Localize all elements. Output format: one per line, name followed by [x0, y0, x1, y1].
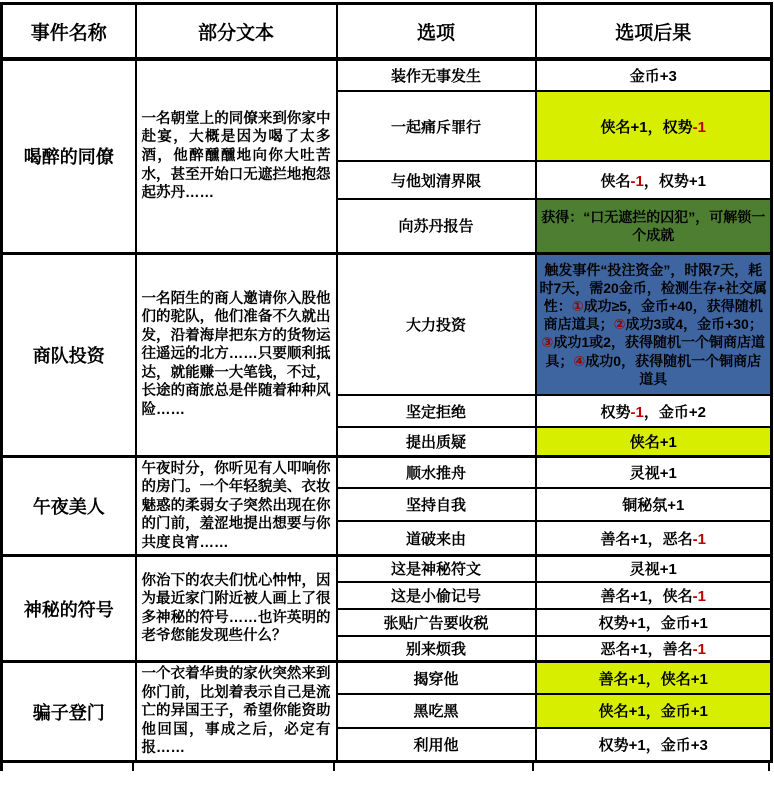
result-cell: 善名+1，侠名-1	[536, 582, 772, 609]
negative-value: ④	[573, 353, 585, 369]
result-segment: 侠名+1，权势	[601, 119, 693, 136]
negative-value: -1	[631, 404, 644, 421]
result-segment: ，权势+1	[644, 173, 706, 190]
result-cell: 善名+1，恶名-1	[536, 521, 772, 555]
option-cell: 张贴广告要收税	[337, 609, 536, 636]
option-cell: 黑吃黑	[337, 694, 536, 728]
result-segment: 权势+1，金币+1	[599, 615, 708, 632]
result-cell: 灵视+1	[536, 456, 772, 488]
result-cell: 触发事件“投注资金”，时限7天，耗时7天，需20金币，检测生存+社交属性：①成功…	[536, 253, 772, 395]
option-cell: 顺水推舟	[337, 456, 536, 488]
option-cell: 提出质疑	[337, 427, 536, 456]
result-cell: 侠名+1，权势-1	[536, 91, 772, 161]
result-segment: 善名+1，侠名	[601, 588, 693, 605]
event-text-cell: 午夜时分，你听见有人叩响你的房门。一个年轻貌美、衣妆魅惑的柔弱女子突然出现在你的…	[136, 456, 337, 556]
result-cell: 权势+1，金币+3	[536, 728, 772, 762]
table-row: 喝醉的同僚 一名朝堂上的同僚来到你家中赴宴，大概是因为喝了太多酒，他醉醺醺地向你…	[2, 59, 772, 91]
next-row-cell	[134, 763, 335, 771]
option-cell: 别来烦我	[337, 636, 536, 662]
result-segment: 侠名+1	[630, 434, 677, 451]
result-cell: 权势-1，金币+2	[536, 395, 772, 427]
event-name-cell: 午夜美人	[2, 456, 136, 556]
result-segment: 恶名+1，善名	[601, 641, 693, 658]
result-segment: 权势+1，金币+3	[599, 737, 708, 754]
next-row-strip	[0, 763, 770, 771]
result-cell: 金币+3	[536, 59, 772, 91]
header-partial-text: 部分文本	[136, 4, 337, 60]
event-name-cell: 喝醉的同僚	[2, 59, 136, 253]
option-cell: 一起痛斥罪行	[337, 91, 536, 161]
option-cell: 利用他	[337, 728, 536, 762]
next-row-cell	[534, 763, 770, 771]
table-row: 骗子登门 一个衣着华贵的家伙突然来到你门前，比划着表示自己是流亡的异国王子，希望…	[2, 662, 772, 694]
result-cell: 侠名-1，权势+1	[536, 161, 772, 199]
result-segment: 成功0，获得随机一个铜商店道具	[585, 353, 761, 387]
event-text-cell: 一名陌生的商人邀请你入股他们的驼队，他们准备不久就出发，沿着海岸把东方的货物运往…	[136, 253, 337, 456]
negative-value: ③	[542, 334, 554, 350]
result-cell: 侠名+1，金币+1	[536, 694, 772, 728]
events-table: 事件名称 部分文本 选项 选项后果 喝醉的同僚 一名朝堂上的同僚来到你家中赴宴，…	[0, 2, 773, 763]
event-text-cell: 一个衣着华贵的家伙突然来到你门前，比划着表示自己是流亡的异国王子，希望你能资助他…	[136, 662, 337, 762]
negative-value: ①	[572, 298, 584, 314]
event-text-cell: 一名朝堂上的同僚来到你家中赴宴，大概是因为喝了太多酒，他醉醺醺地向你大吐苦水，甚…	[136, 59, 337, 253]
result-segment: 侠名+1，金币+1	[599, 703, 708, 720]
negative-value: -1	[693, 588, 706, 605]
result-cell: 获得：“口无遮拦的囚犯”，可解锁一个成就	[536, 199, 772, 253]
option-cell: 坚持自我	[337, 488, 536, 521]
event-name-cell: 骗子登门	[2, 662, 136, 762]
header-option: 选项	[337, 4, 536, 60]
negative-value: -1	[693, 531, 706, 548]
event-name-cell: 神秘的符号	[2, 556, 136, 662]
option-cell: 大力投资	[337, 253, 536, 395]
result-segment: 灵视+1	[630, 465, 677, 482]
next-row-cell	[335, 763, 534, 771]
result-cell: 善名+1，侠名+1	[536, 662, 772, 694]
result-cell: 铜秘氛+1	[536, 488, 772, 521]
header-row: 事件名称 部分文本 选项 选项后果	[2, 4, 772, 60]
negative-value: -1	[693, 641, 706, 658]
result-segment: 侠名	[601, 173, 631, 190]
event-name-cell: 商队投资	[2, 253, 136, 456]
result-segment: 获得：“口无遮拦的囚犯”，可解锁一个成就	[541, 209, 765, 243]
result-segment: 权势	[601, 404, 631, 421]
option-cell: 这是神秘符文	[337, 556, 536, 582]
result-cell: 恶名+1，善名-1	[536, 636, 772, 662]
option-cell: 装作无事发生	[337, 59, 536, 91]
table-row: 神秘的符号 你治下的农夫们忧心忡忡，因为最近家门附近被人画上了很多神秘的符号………	[2, 556, 772, 582]
result-cell: 权势+1，金币+1	[536, 609, 772, 636]
header-event-name: 事件名称	[2, 4, 136, 60]
next-row-cell	[0, 763, 134, 771]
option-cell: 坚定拒绝	[337, 395, 536, 427]
negative-value: -1	[693, 119, 706, 136]
option-cell: 向苏丹报告	[337, 199, 536, 253]
result-segment: 成功3或4，金币+30；	[626, 316, 763, 332]
option-cell: 与他划清界限	[337, 161, 536, 199]
table-row: 午夜美人 午夜时分，你听见有人叩响你的房门。一个年轻貌美、衣妆魅惑的柔弱女子突然…	[2, 456, 772, 488]
option-cell: 道破来由	[337, 521, 536, 555]
result-segment: 善名+1，恶名	[601, 531, 693, 548]
option-cell: 揭穿他	[337, 662, 536, 694]
result-segment: 铜秘氛+1	[622, 497, 684, 514]
result-cell: 灵视+1	[536, 556, 772, 582]
negative-value: ②	[614, 316, 626, 332]
table-row: 商队投资 一名陌生的商人邀请你入股他们的驼队，他们准备不久就出发，沿着海岸把东方…	[2, 253, 772, 395]
header-consequence: 选项后果	[536, 4, 772, 60]
result-segment: 善名+1，侠名+1	[599, 671, 708, 688]
option-cell: 这是小偷记号	[337, 582, 536, 609]
event-text-cell: 你治下的农夫们忧心忡忡，因为最近家门附近被人画上了很多神秘的符号……也许英明的老…	[136, 556, 337, 662]
result-segment: 灵视+1	[630, 561, 677, 578]
result-segment: ，金币+2	[644, 404, 706, 421]
negative-value: -1	[631, 173, 644, 190]
result-segment: 金币+3	[630, 68, 677, 85]
result-cell: 侠名+1	[536, 427, 772, 456]
